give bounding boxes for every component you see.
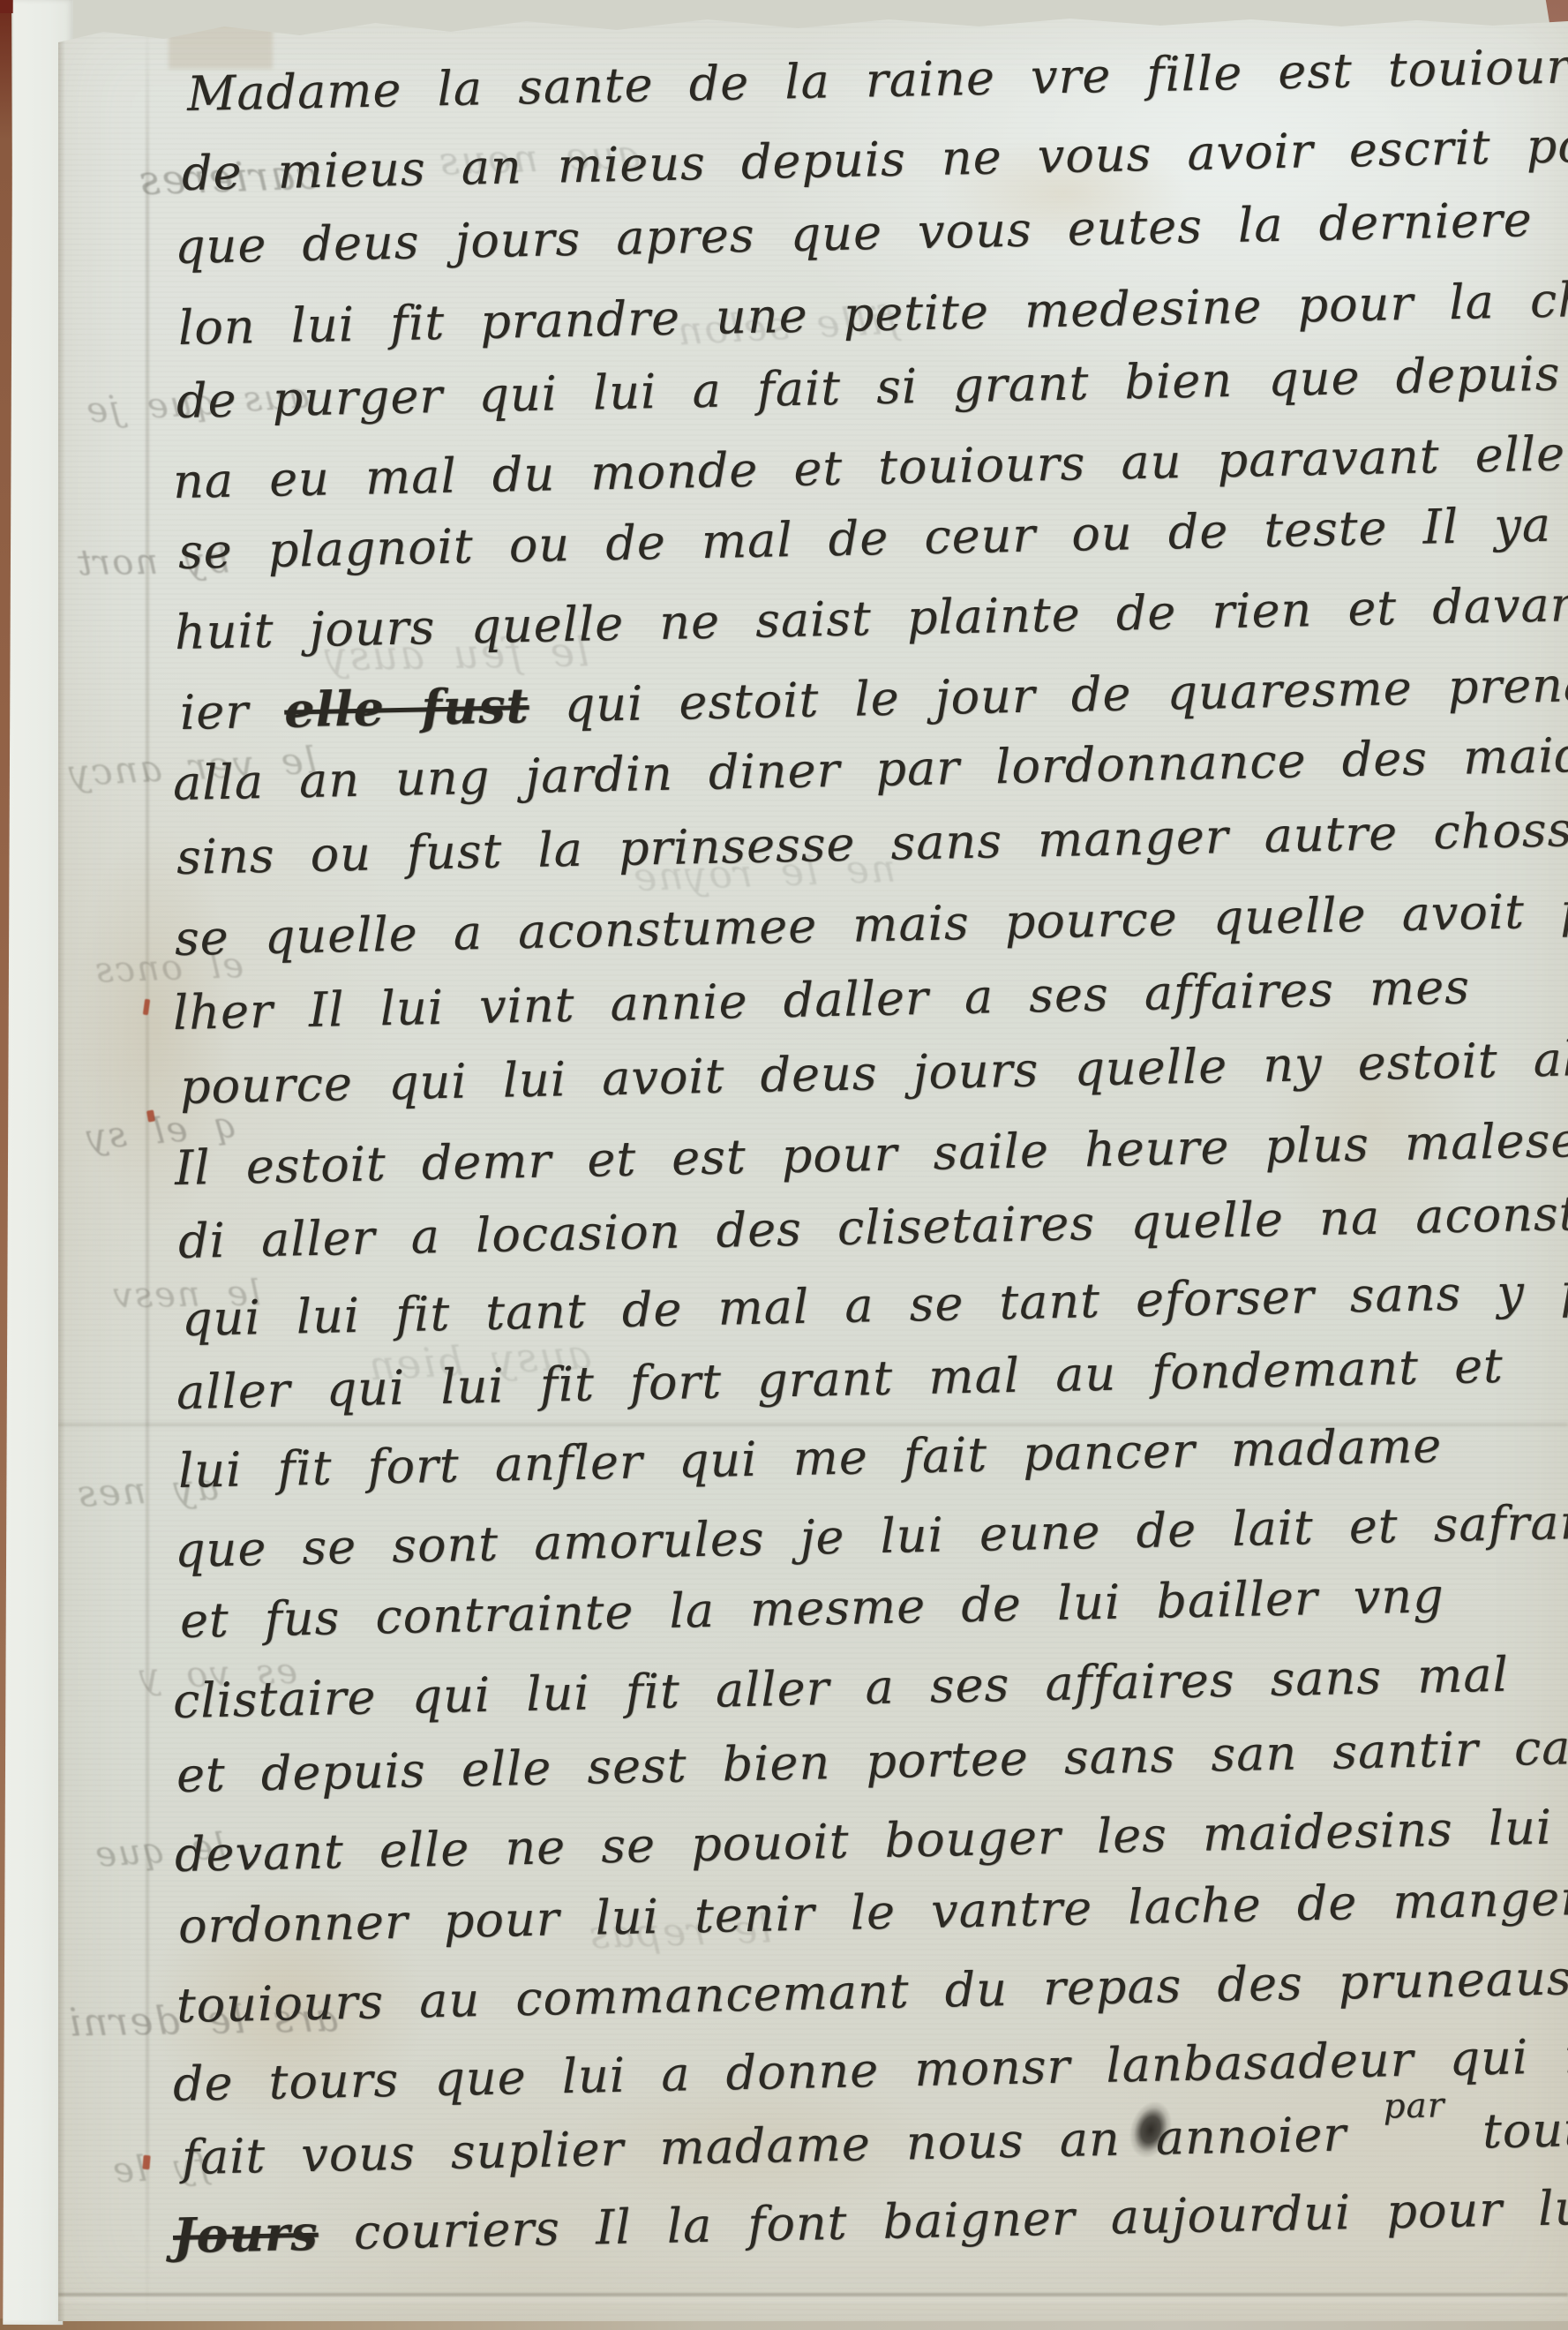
interline-insertion: par (1383, 2068, 1445, 2146)
letter-text: Madame la sante de la raine vre fille es… (173, 56, 1567, 2271)
fold-crease-bottom (58, 2293, 1568, 2296)
text-run: Madame la sante de la raine vre fille es… (186, 34, 1568, 122)
text-run: et fus contrainte la mesme de lui baille… (179, 1567, 1444, 1649)
red-margin-mark (142, 2155, 150, 2170)
text-run: tout les (1446, 2099, 1568, 2160)
strikethrough-text: Jours (172, 2205, 319, 2264)
text-run: huit jours quelle ne saist plainte de ri… (174, 575, 1568, 659)
fold-crease-vertical (146, 21, 149, 2316)
text-run: ier (179, 683, 284, 740)
text-run: couriers Il la font baigner aujourdui po… (318, 2179, 1568, 2260)
text-run: fait vous suplier madame nous an annoier (181, 2105, 1383, 2184)
text-run: touiours au commancemant du repas des pr… (176, 1950, 1568, 2033)
red-margin-mark (146, 1109, 155, 1122)
letter-page: carieresaus que jeby nortle ver ancyel o… (58, 12, 1568, 2321)
text-run: lui fit fort anfler qui me fait pancer m… (177, 1417, 1442, 1499)
strikethrough-text: elle fust (284, 677, 530, 739)
